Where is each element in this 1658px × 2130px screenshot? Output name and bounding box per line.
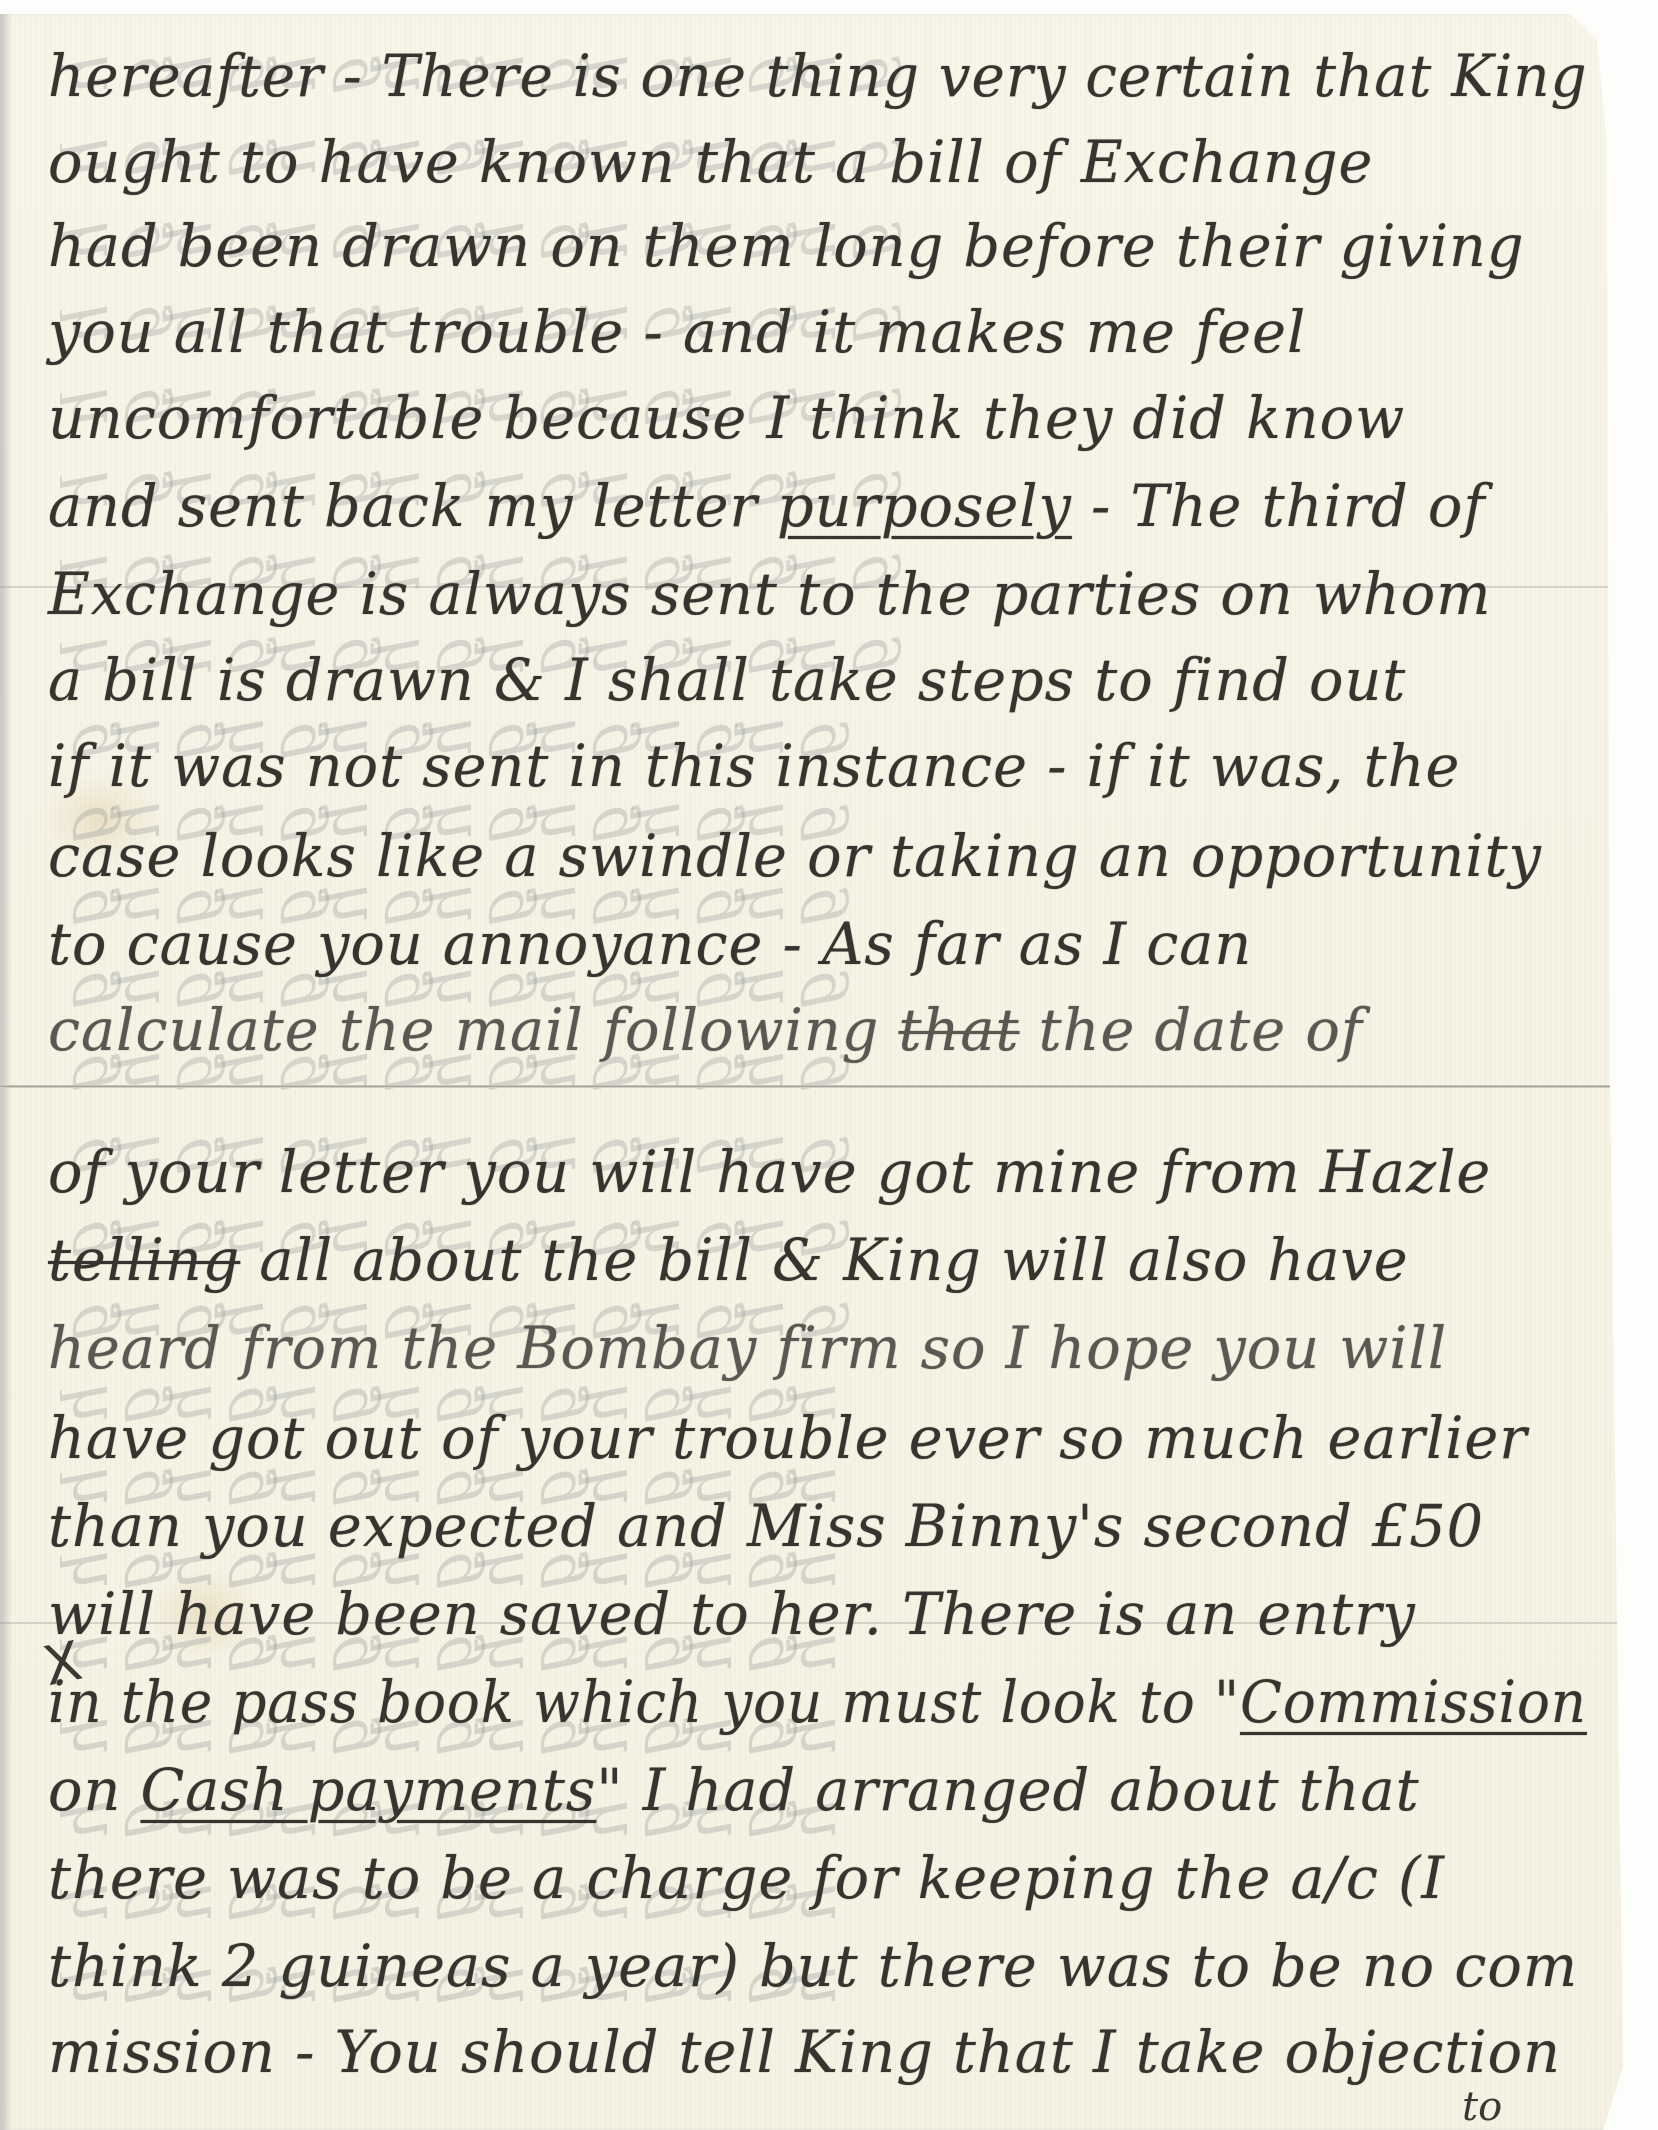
text-line: Exchange is always sent to the parties o…: [48, 560, 1588, 628]
text-segment: and sent back my letter: [48, 472, 777, 540]
text-segment: " I had arranged about that: [596, 1756, 1419, 1824]
underlined-word: purposely: [777, 472, 1072, 540]
text-line: hereafter - There is one thing very cert…: [48, 42, 1563, 110]
text-line: ought to have known that a bill of Excha…: [48, 128, 1588, 196]
struck-word: telling: [48, 1226, 240, 1294]
text-line: will have been saved to her. There is an…: [48, 1580, 1588, 1648]
underlined-word: Commission: [1240, 1668, 1587, 1736]
text-line: on Cash payments" I had arranged about t…: [48, 1756, 1588, 1824]
text-line: there was to be a charge for keeping the…: [48, 1844, 1588, 1912]
text-segment: all about the bill & King will also have: [240, 1226, 1408, 1294]
text-line: heard from the Bombay firm so I hope you…: [48, 1314, 1588, 1382]
text-line: uncomfortable because I think they did k…: [48, 384, 1588, 452]
text-line: had been drawn on them long before their…: [48, 212, 1588, 280]
text-segment: on: [48, 1756, 141, 1824]
struck-word: that: [899, 996, 1020, 1064]
text-line: calculate the mail following that the da…: [48, 996, 1588, 1064]
text-line: to cause you annoyance - As far as I can: [48, 910, 1588, 978]
handwritten-text: hereafter - There is one thing very cert…: [0, 14, 1636, 2130]
text-line: if it was not sent in this instance - if…: [48, 732, 1588, 800]
text-segment: in the pass book which you must look to …: [48, 1668, 1240, 1736]
text-line: think 2 guineas a year) but there was to…: [48, 1932, 1588, 2000]
text-line: and sent back my letter purposely - The …: [48, 472, 1588, 540]
text-segment: calculate the mail following: [48, 996, 899, 1064]
letter-page: hhhhhhhhgggggggghhhhhhhhgggggggghhhhhhhh…: [0, 14, 1636, 2130]
text-segment: - The third of: [1072, 472, 1486, 540]
text-line: have got out of your trouble ever so muc…: [48, 1404, 1588, 1472]
text-line: of your letter you will have got mine fr…: [48, 1138, 1588, 1206]
text-line: in the pass book which you must look to …: [48, 1668, 1518, 1736]
text-segment: the date of: [1019, 996, 1363, 1064]
text-line: than you expected and Miss Binny's secon…: [48, 1492, 1588, 1560]
text-line: mission - You should tell King that I ta…: [48, 2018, 1588, 2086]
text-line: telling all about the bill & King will a…: [48, 1226, 1588, 1294]
underlined-word: Cash payments: [141, 1756, 597, 1824]
trailing-word: to: [1462, 2084, 1502, 2130]
text-line: you all that trouble - and it makes me f…: [48, 298, 1588, 366]
text-line: a bill is drawn & I shall take steps to …: [48, 646, 1588, 714]
text-line: case looks like a swindle or taking an o…: [48, 822, 1588, 890]
